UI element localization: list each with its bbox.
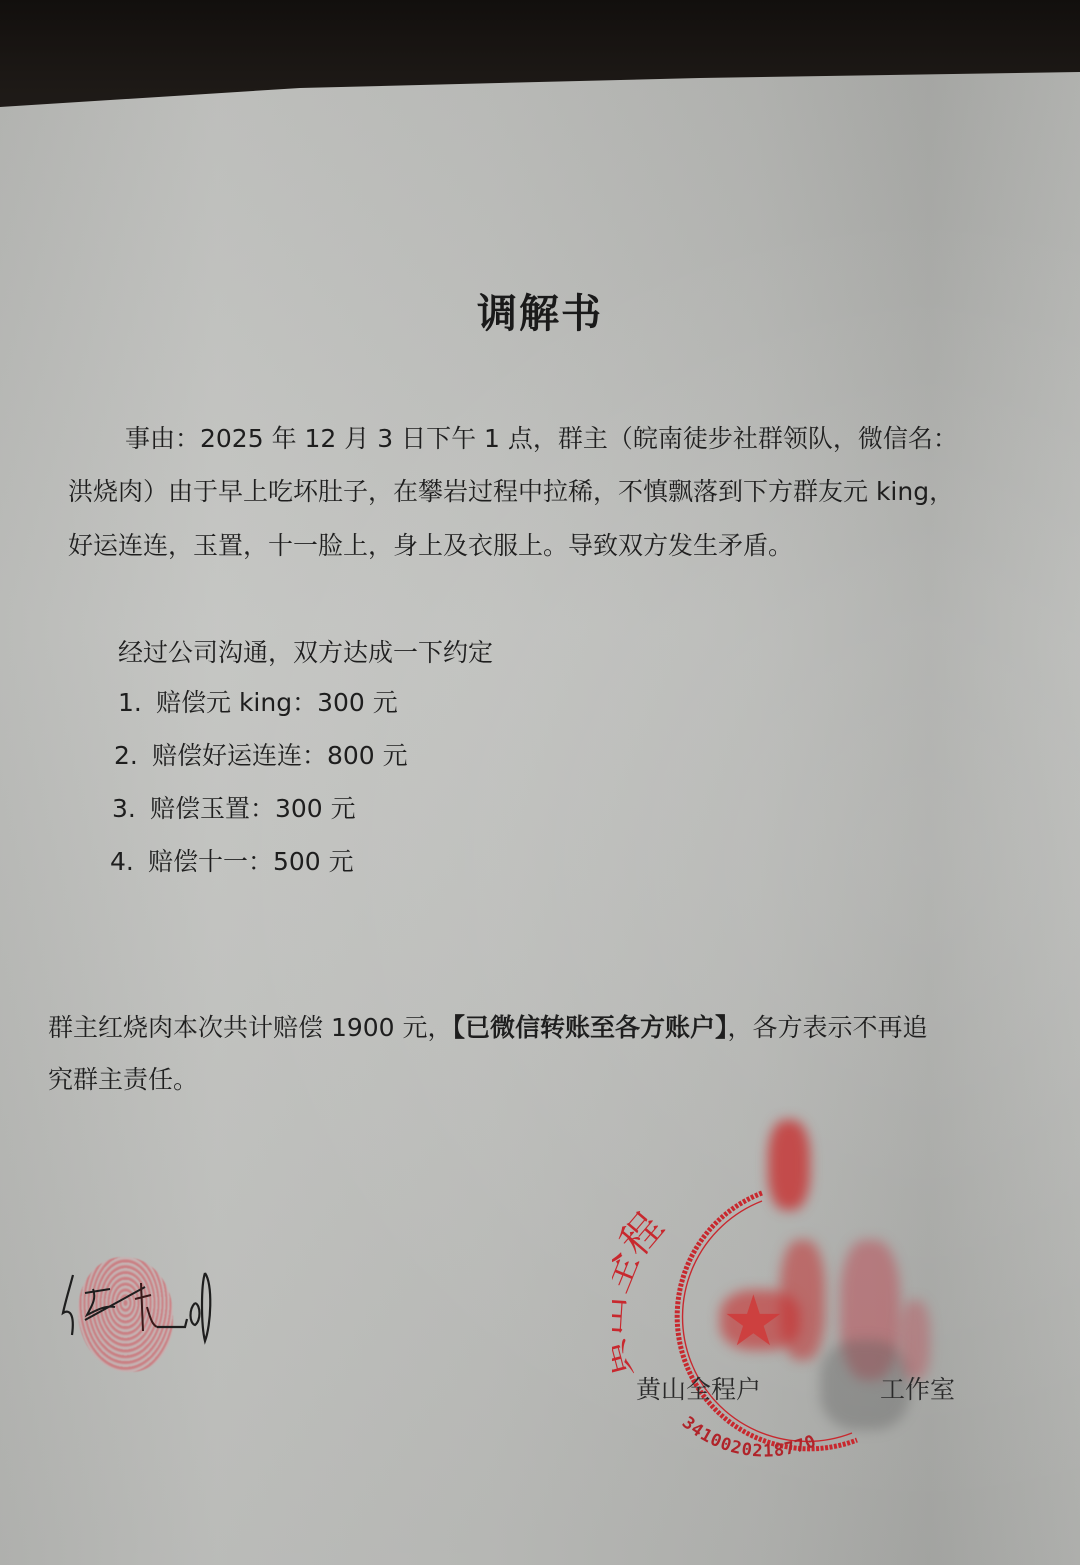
summary-suffix: ，各方表示不再追	[728, 1013, 928, 1042]
document-title: 调解书	[0, 282, 1080, 339]
handwritten-signature	[55, 1265, 225, 1345]
reason-text-line: 好运连连，玉置，十一脸上，身上及衣服上。导致双方发生矛盾。	[68, 533, 793, 558]
compensation-item: 4.赔偿十一：500 元	[110, 849, 354, 874]
item-number: 2.	[114, 743, 152, 768]
compensation-item: 2.赔偿好运连连：800 元	[114, 743, 408, 768]
printed-company-name: 黄山全程户	[636, 1370, 761, 1406]
item-number: 3.	[112, 796, 150, 821]
item-text: 赔偿十一：500 元	[148, 847, 354, 876]
item-number: 1.	[118, 690, 156, 715]
printed-company-name-suffix: 工作室	[880, 1370, 955, 1406]
seal-star-icon: ★	[722, 1280, 785, 1362]
reason-text-line: 事由：2025 年 12 月 3 日下午 1 点，群主（皖南徒步社群领队，微信名…	[125, 426, 958, 451]
item-text: 赔偿元 king：300 元	[156, 688, 398, 717]
item-text: 赔偿玉置：300 元	[150, 794, 356, 823]
transfer-note: 【已微信转账至各方账户】	[453, 1013, 728, 1042]
item-text: 赔偿好运连连：800 元	[152, 741, 408, 770]
agreement-intro: 经过公司沟通，双方达成一下约定	[118, 640, 493, 665]
compensation-item: 1.赔偿元 king：300 元	[118, 690, 398, 715]
compensation-item: 3.赔偿玉置：300 元	[112, 796, 356, 821]
reason-text-line: 洪烧肉）由于早上吃坏肚子，在攀岩过程中拉稀，不慎飘落到下方群友元 king，	[68, 479, 954, 504]
summary-line: 群主红烧肉本次共计赔偿 1900 元，【已微信转账至各方账户】，各方表示不再追	[48, 1015, 928, 1040]
seal-arc-text: 黄山全程	[612, 1205, 673, 1385]
item-number: 4.	[110, 849, 148, 874]
summary-prefix: 群主红烧肉本次共计赔偿 1900 元，	[48, 1013, 453, 1042]
seal-registration-number: 3410020218770	[678, 1413, 820, 1462]
summary-line: 究群主责任。	[48, 1067, 198, 1092]
official-seal: 黄山全程 3410020218770 ★	[612, 1175, 912, 1475]
